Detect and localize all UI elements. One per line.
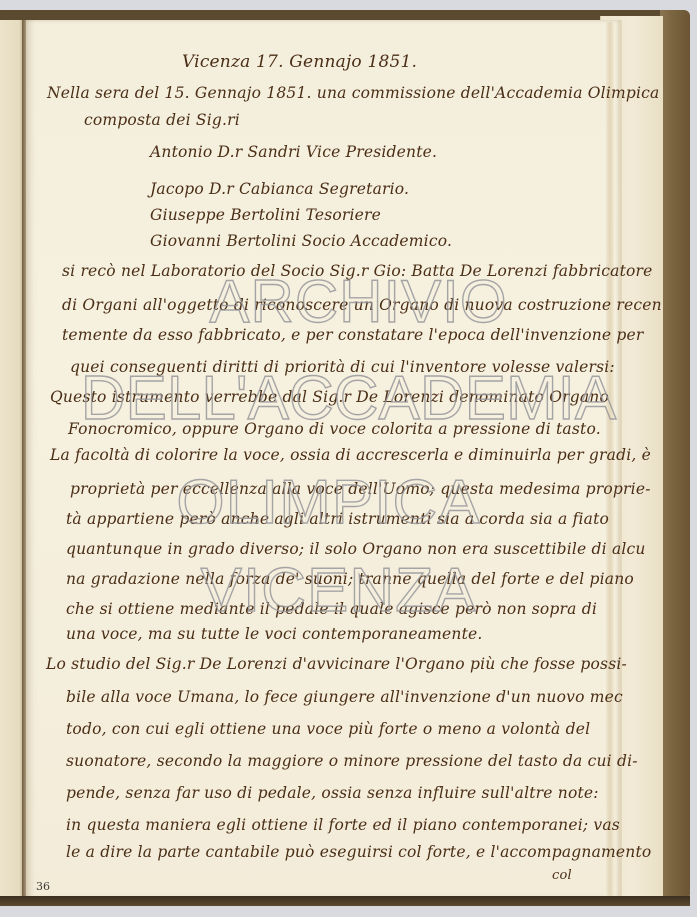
manuscript-line: Giovanni Bertolini Socio Accademico. (150, 232, 452, 250)
manuscript-line: pende, senza far uso di pedale, ossia se… (66, 784, 599, 802)
manuscript-line: Giuseppe Bertolini Tesoriere (150, 206, 381, 224)
manuscript-line: suonatore, secondo la maggiore o minore … (66, 752, 638, 770)
manuscript-line: La facoltà di colorire la voce, ossia di… (50, 446, 651, 464)
watermark-line: VICENZA (0, 560, 687, 622)
left-page-edge (0, 20, 24, 898)
manuscript-line: Lo studio del Sig.r De Lorenzi d'avvicin… (46, 655, 627, 673)
manuscript-line: le a dire la parte cantabile può eseguir… (66, 843, 651, 861)
manuscript-line: una voce, ma su tutte le voci contempora… (66, 625, 483, 643)
document-date-heading: Vicenza 17. Gennajo 1851. (182, 52, 417, 72)
watermark-line: ARCHIVIO (10, 272, 697, 332)
book-gutter (22, 20, 26, 898)
manuscript-line: Nella sera del 15. Gennajo 1851. una com… (47, 84, 660, 102)
catchword: col (552, 868, 572, 883)
manuscript-line: bile alla voce Umana, lo fece giungere a… (66, 688, 623, 706)
book-cover-edge (660, 10, 690, 900)
book-bottom-edge (0, 896, 690, 906)
manuscript-line: Jacopo D.r Cabianca Segretario. (150, 180, 409, 198)
manuscript-line: composta dei Sig.ri (84, 111, 240, 129)
page-number: 36 (36, 880, 50, 893)
manuscript-line: in questa maniera egli ottiene il forte … (66, 816, 620, 834)
watermark-line: DELL'ACCADEMIA (0, 368, 697, 430)
manuscript-line: todo, con cui egli ottiene una voce più … (66, 720, 590, 738)
watermark-line: OLIMPICA (0, 472, 677, 534)
manuscript-line: Antonio D.r Sandri Vice Presidente. (150, 143, 437, 161)
